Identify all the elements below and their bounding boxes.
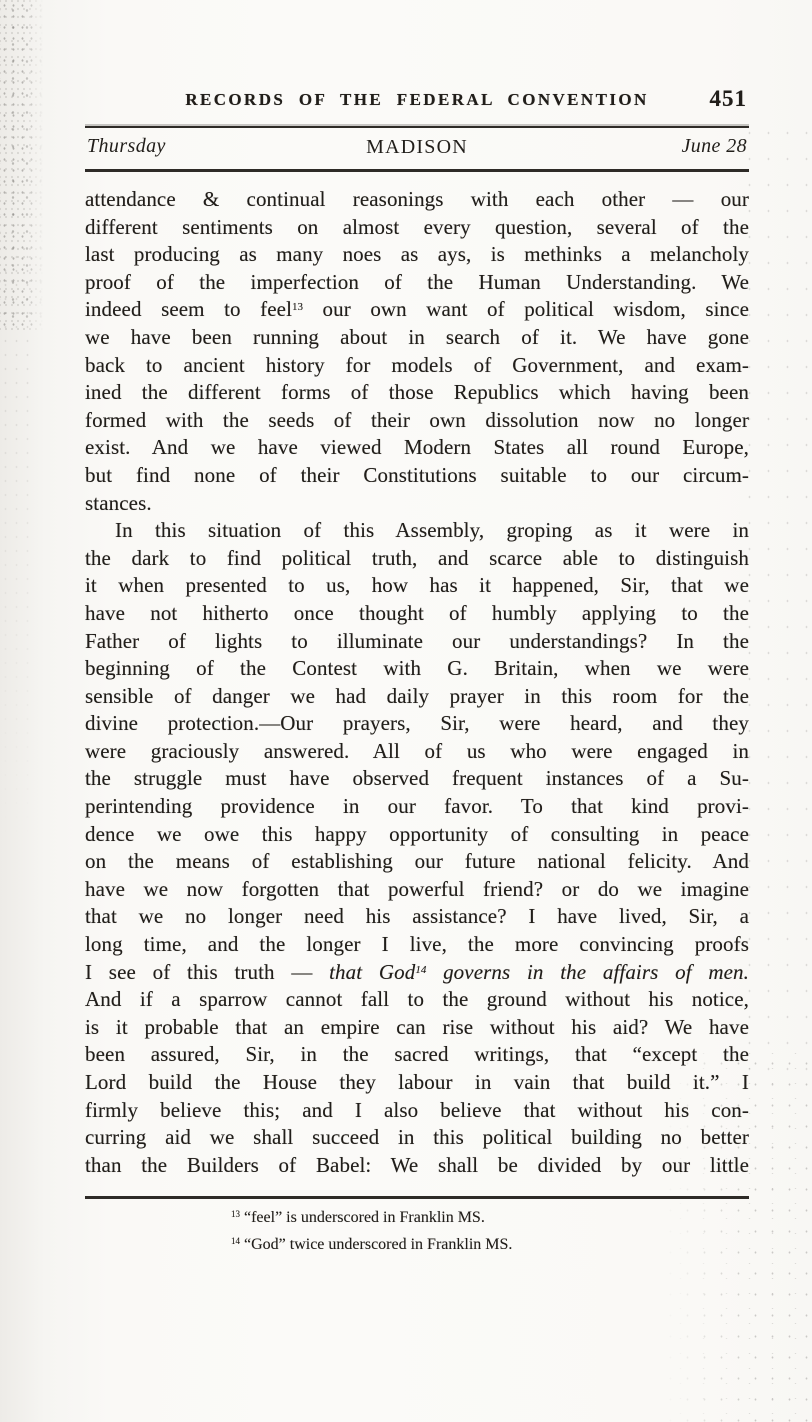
body-text-segment: I see of this truth — xyxy=(85,960,329,984)
body-line: the dark to find political truth, and sc… xyxy=(85,545,749,573)
header-rule-top xyxy=(85,126,749,128)
body-line: it when presented to us, how has it happ… xyxy=(85,572,749,600)
footnote-13: 13 “feel” is underscored in Franklin MS. xyxy=(231,1204,812,1231)
date-label: June 28 xyxy=(681,135,747,158)
footnote-14-text: “God” twice underscored in Franklin MS. xyxy=(240,1236,512,1253)
body-line: were graciously answered. All of us who … xyxy=(85,738,749,766)
body-line: been assured, Sir, in the sacred writing… xyxy=(85,1041,749,1069)
scan-noise-right-margin xyxy=(740,120,812,1080)
body-line: formed with the seeds of their own disso… xyxy=(85,407,749,435)
body-line: last producing as many noes as ays, is m… xyxy=(85,241,749,269)
italic-quote: that God14 governs in the affairs of men… xyxy=(329,960,749,984)
body-line: perintending providence in our favor. To… xyxy=(85,793,749,821)
scan-noise-left-gutter xyxy=(0,0,44,330)
body-line: is it probable that an empire can rise w… xyxy=(85,1014,749,1042)
body-text-segment: indeed seem to feel xyxy=(85,297,292,321)
footnote-rule xyxy=(85,1196,749,1199)
page-number: 451 xyxy=(710,86,748,112)
footnotes: 13 “feel” is underscored in Franklin MS.… xyxy=(85,1204,812,1258)
footnote-14-number: 14 xyxy=(231,1236,240,1246)
body-text: attendance & continual reasonings with e… xyxy=(85,186,749,1179)
body-line: that we no longer need his assistance? I… xyxy=(85,903,749,931)
body-line: divine protection.—Our prayers, Sir, wer… xyxy=(85,710,749,738)
body-line: the struggle must have observed frequent… xyxy=(85,765,749,793)
body-text-segment: governs in the affairs of men. xyxy=(426,960,749,984)
body-line-italic-quote: I see of this truth — that God14 governs… xyxy=(85,959,749,987)
footnote-ref-13: 13 xyxy=(292,301,303,313)
body-line: but find none of their Constitutions sui… xyxy=(85,462,749,490)
body-text-segment: our own want of political wisdom, since xyxy=(303,297,749,321)
body-line: exist. And we have viewed Modern States … xyxy=(85,434,749,462)
body-line: Father of lights to illuminate our under… xyxy=(85,628,749,656)
body-line: proof of the imperfection of the Human U… xyxy=(85,269,749,297)
body-line: dence we owe this happy opportunity of c… xyxy=(85,821,749,849)
running-head: RECORDS OF THE FEDERAL CONVENTION 451 xyxy=(85,90,749,118)
date-line: Thursday MADISON June 28 xyxy=(85,133,749,165)
body-line: And if a sparrow cannot fall to the grou… xyxy=(85,986,749,1014)
body-line: sensible of danger we had daily prayer i… xyxy=(85,683,749,711)
body-line: we have been running about in search of … xyxy=(85,324,749,352)
footnote-14: 14 “God” twice underscored in Franklin M… xyxy=(231,1231,812,1258)
body-line: attendance & continual reasonings with e… xyxy=(85,186,749,214)
scan-noise-left-fade xyxy=(0,250,30,850)
footnote-13-number: 13 xyxy=(231,1209,240,1219)
book-page: RECORDS OF THE FEDERAL CONVENTION 451 Th… xyxy=(0,0,812,1422)
body-line: ined the different forms of those Republ… xyxy=(85,379,749,407)
body-line-paragraph-end: stances. xyxy=(85,490,749,518)
body-line: on the means of establishing our future … xyxy=(85,848,749,876)
body-line-paragraph-start: In this situation of this Assembly, grop… xyxy=(85,517,749,545)
footnote-13-text: “feel” is underscored in Franklin MS. xyxy=(240,1209,485,1226)
body-line: curring aid we shall succeed in this pol… xyxy=(85,1124,749,1152)
body-text-segment: that God xyxy=(329,960,415,984)
body-line: than the Builders of Babel: We shall be … xyxy=(85,1152,749,1180)
footnote-ref-14: 14 xyxy=(415,964,426,976)
body-line: back to ancient history for models of Go… xyxy=(85,352,749,380)
body-line: Lord build the House they labour in vain… xyxy=(85,1069,749,1097)
body-line: different sentiments on almost every que… xyxy=(85,214,749,242)
running-head-title: RECORDS OF THE FEDERAL CONVENTION xyxy=(185,90,648,109)
body-line: long time, and the longer I live, the mo… xyxy=(85,931,749,959)
body-line: firmly believe this; and I also believe … xyxy=(85,1097,749,1125)
body-line-with-footnote-ref: indeed seem to feel13 our own want of po… xyxy=(85,296,749,324)
body-line: have not hitherto once thought of humbly… xyxy=(85,600,749,628)
body-line: have we now forgotten that powerful frie… xyxy=(85,876,749,904)
body-line: beginning of the Contest with G. Britain… xyxy=(85,655,749,683)
speaker-label: MADISON xyxy=(85,136,749,159)
header-rule-bottom xyxy=(85,169,749,172)
